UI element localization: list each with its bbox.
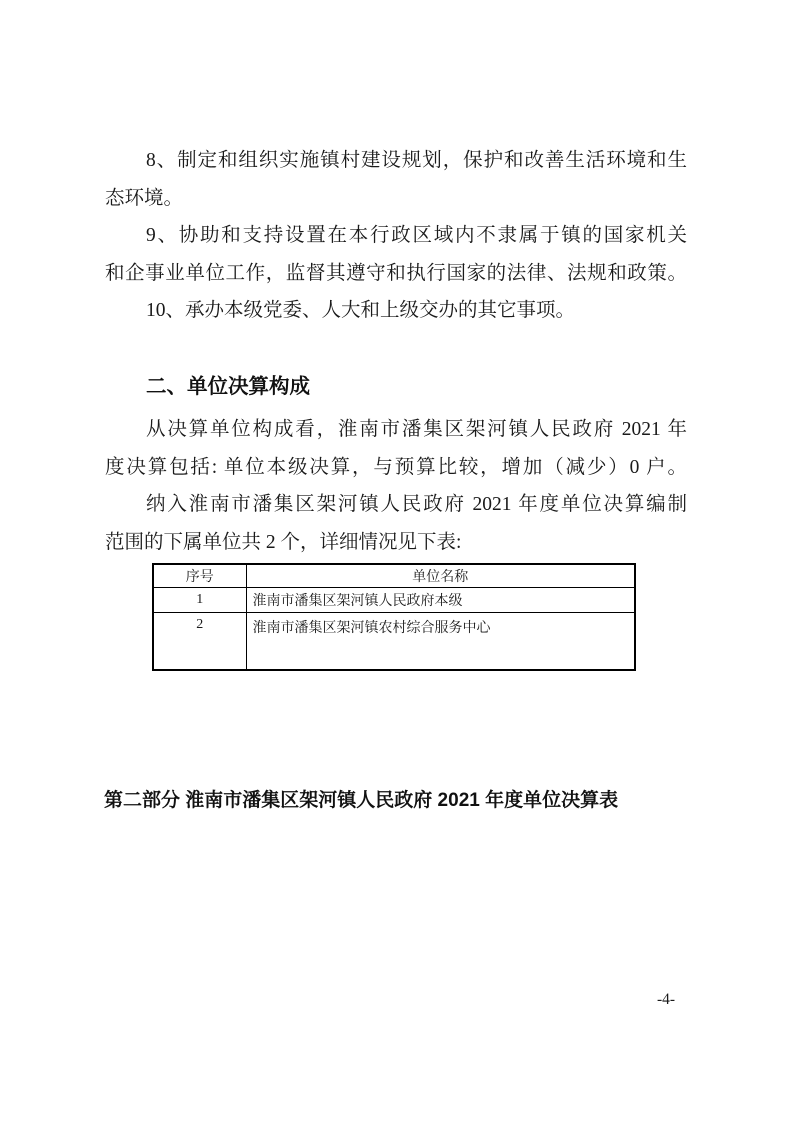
table-header-serial-number: 序号 xyxy=(153,564,246,588)
document-page: 8、制定和组织实施镇村建设规划，保护和改善生活环境和生 态环境。 9、协助和支持… xyxy=(0,0,793,1122)
inclusion-paragraph-line-1: 纳入淮南市潘集区架河镇人民政府 2021 年度单位决算编制 xyxy=(146,491,687,518)
table-cell-serial-number: 1 xyxy=(153,588,246,613)
table-row: 2 淮南市潘集区架河镇农村综合服务中心 xyxy=(153,613,635,671)
composition-paragraph-line-2: 度决算包括: 单位本级决算，与预算比较，增加（减少）0 户。 xyxy=(105,454,687,481)
paragraph-10: 10、承办本级党委、人大和上级交办的其它事项。 xyxy=(146,297,575,324)
part-two-heading: 第二部分 淮南市潘集区架河镇人民政府 2021 年度单位决算表 xyxy=(104,787,618,814)
page-number: -4- xyxy=(657,991,697,1009)
table-cell-unit-name: 淮南市潘集区架河镇人民政府本级 xyxy=(246,588,635,613)
paragraph-8-line-1: 8、制定和组织实施镇村建设规划，保护和改善生活环境和生 xyxy=(146,147,687,174)
paragraph-8-line-2: 态环境。 xyxy=(105,185,183,212)
subordinate-units-table: 序号 单位名称 1 淮南市潘集区架河镇人民政府本级 2 淮南市潘集区架河镇农村综… xyxy=(152,563,636,671)
paragraph-9-line-1: 9、协助和支持设置在本行政区域内不隶属于镇的国家机关 xyxy=(146,222,687,249)
table-cell-unit-name: 淮南市潘集区架河镇农村综合服务中心 xyxy=(246,613,635,671)
table-cell-serial-number: 2 xyxy=(153,613,246,671)
table-header-row: 序号 单位名称 xyxy=(153,564,635,588)
section-heading-unit-final-accounts-composition: 二、单位决算构成 xyxy=(146,373,310,400)
paragraph-9-line-2: 和企事业单位工作，监督其遵守和执行国家的法律、法规和政策。 xyxy=(105,260,687,287)
table-header-unit-name: 单位名称 xyxy=(246,564,635,588)
composition-paragraph-line-1: 从决算单位构成看，淮南市潘集区架河镇人民政府 2021 年 xyxy=(146,416,687,443)
inclusion-paragraph-line-2: 范围的下属单位共 2 个，详细情况见下表: xyxy=(105,529,461,556)
table-row: 1 淮南市潘集区架河镇人民政府本级 xyxy=(153,588,635,613)
